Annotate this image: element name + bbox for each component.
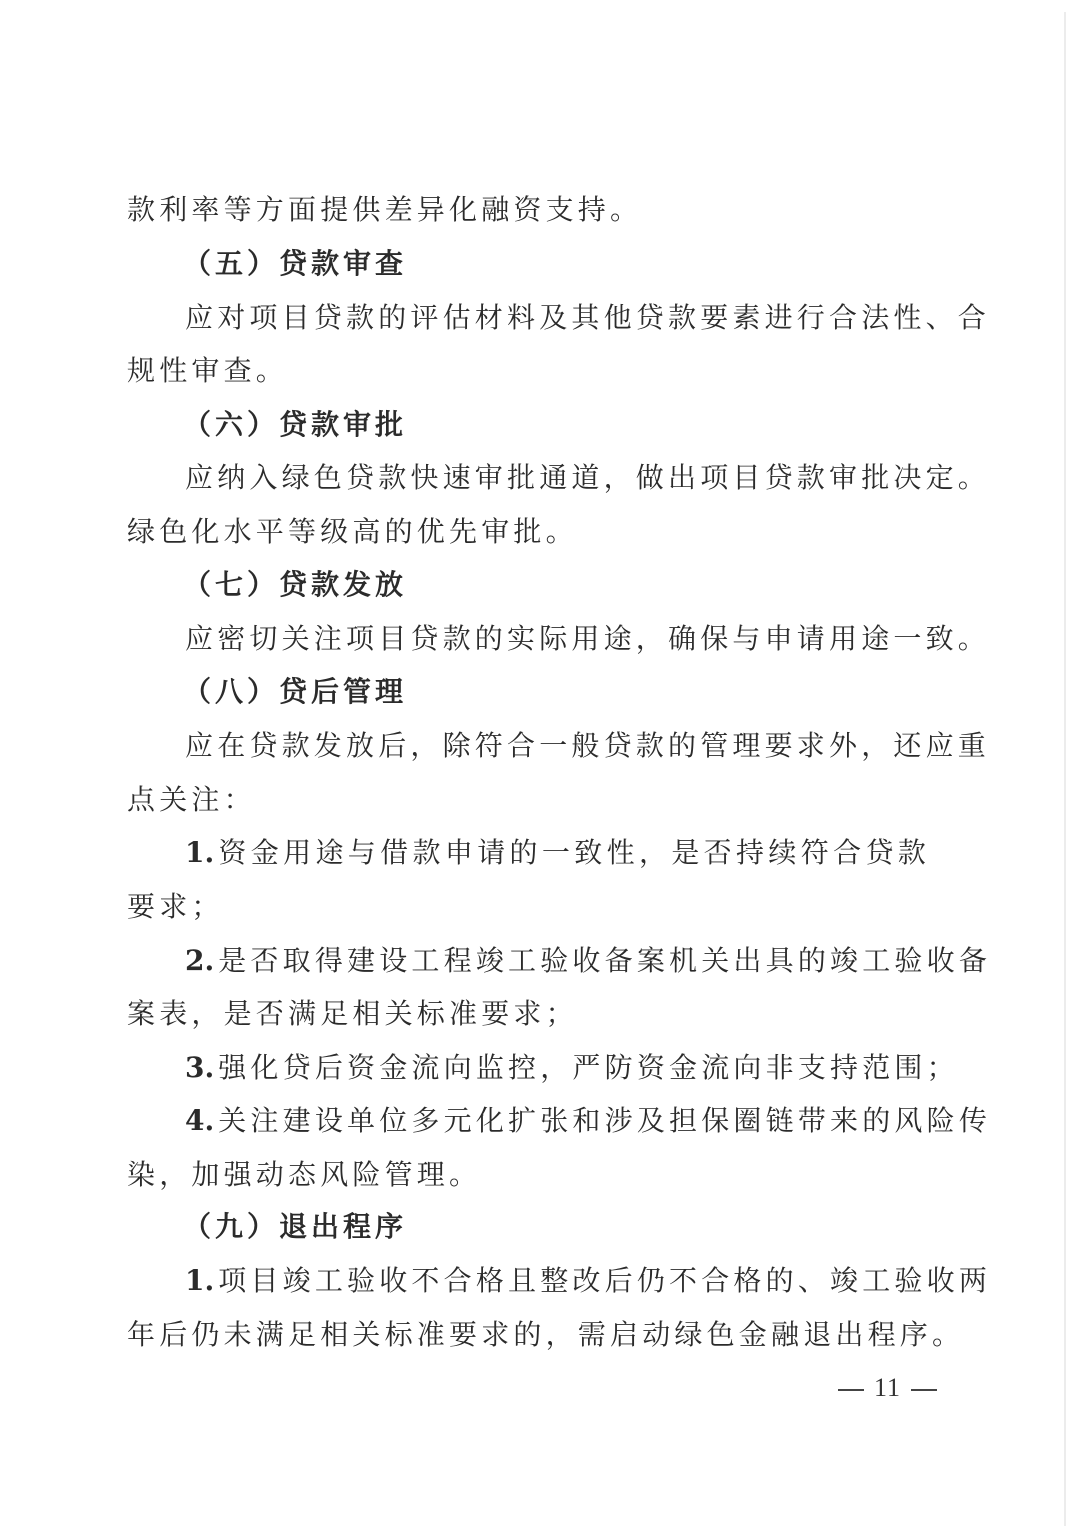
list-item-text: 是否取得建设工程竣工验收备案机关出具的竣工验收备 bbox=[218, 944, 991, 977]
dash-left bbox=[838, 1389, 864, 1391]
page-edge-divider bbox=[1064, 12, 1066, 1526]
section-heading-loan-disbursement: （七）贷款发放 bbox=[183, 565, 986, 605]
paragraph-line: 规性审查。 bbox=[127, 351, 930, 391]
list-number: 4. bbox=[185, 1104, 214, 1137]
list-item-1: 1.资金用途与借款申请的一致性，是否持续符合贷款 bbox=[185, 833, 930, 873]
paragraph-line: 绿色化水平等级高的优先审批。 bbox=[127, 512, 930, 552]
section-heading-exit-procedure: （九）退出程序 bbox=[183, 1207, 986, 1247]
paragraph-line: 要求； bbox=[127, 887, 930, 927]
list-number: 3. bbox=[185, 1051, 214, 1084]
paragraph-line: 应纳入绿色贷款快速审批通道，做出项目贷款审批决定。 bbox=[185, 458, 930, 498]
list-item-text: 项目竣工验收不合格且整改后仍不合格的、竣工验收两 bbox=[218, 1264, 991, 1297]
paragraph-line: 应密切关注项目贷款的实际用途，确保与申请用途一致。 bbox=[185, 619, 930, 659]
page-number: 11 bbox=[828, 1368, 938, 1408]
list-item-text: 强化贷后资金流向监控，严防资金流向非支持范围； bbox=[218, 1051, 959, 1084]
paragraph-line: 应对项目贷款的评估材料及其他贷款要素进行合法性、合 bbox=[185, 298, 930, 338]
list-number: 2. bbox=[185, 944, 214, 977]
section-heading-loan-review: （五）贷款审查 bbox=[183, 244, 986, 284]
list-item-3: 3.强化贷后资金流向监控，严防资金流向非支持范围； bbox=[185, 1048, 930, 1088]
list-number: 1. bbox=[185, 836, 214, 869]
list-number: 1. bbox=[185, 1264, 214, 1297]
list-item-2: 2.是否取得建设工程竣工验收备案机关出具的竣工验收备 bbox=[185, 941, 930, 981]
list-item-text: 关注建设单位多元化扩张和涉及担保圈链带来的风险传 bbox=[218, 1104, 991, 1137]
paragraph-line: 应在贷款发放后，除符合一般贷款的管理要求外，还应重 bbox=[185, 726, 930, 766]
paragraph-line: 染，加强动态风险管理。 bbox=[127, 1155, 930, 1195]
list-item-4: 4.关注建设单位多元化扩张和涉及担保圈链带来的风险传 bbox=[185, 1101, 930, 1141]
paragraph-line: 点关注： bbox=[127, 780, 930, 820]
dash-right bbox=[911, 1389, 937, 1391]
paragraph-line: 年后仍未满足相关标准要求的，需启动绿色金融退出程序。 bbox=[127, 1315, 930, 1355]
document-page: 款利率等方面提供差异化融资支持。 （五）贷款审查 应对项目贷款的评估材料及其他贷… bbox=[0, 0, 1080, 1526]
section-heading-loan-approval: （六）贷款审批 bbox=[183, 405, 986, 445]
paragraph-line: 款利率等方面提供差异化融资支持。 bbox=[127, 190, 930, 230]
paragraph-line: 案表，是否满足相关标准要求； bbox=[127, 994, 930, 1034]
list-item-text: 资金用途与借款申请的一致性，是否持续符合贷款 bbox=[218, 836, 930, 869]
section-heading-post-loan-management: （八）贷后管理 bbox=[183, 672, 986, 712]
page-number-value: 11 bbox=[874, 1373, 901, 1402]
list-item-exit-1: 1.项目竣工验收不合格且整改后仍不合格的、竣工验收两 bbox=[185, 1261, 930, 1301]
